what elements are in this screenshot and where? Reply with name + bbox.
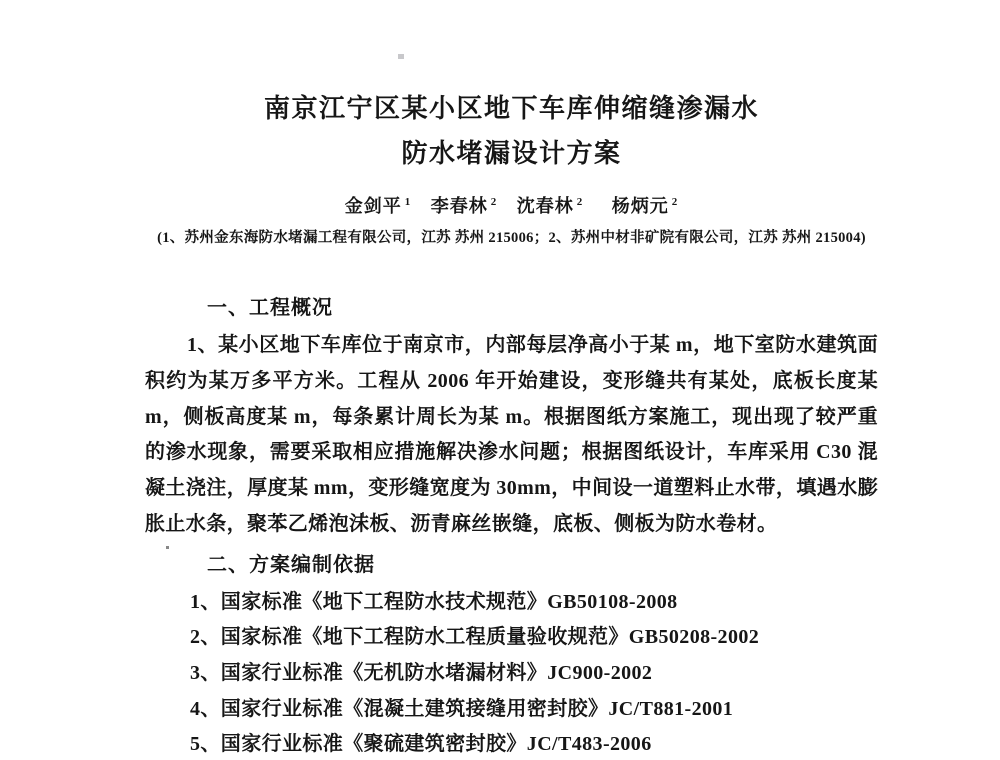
- section-1-paragraph: 1、某小区地下车库位于南京市，内部每层净高小于某 m，地下室防水建筑面积约为某万…: [145, 328, 878, 543]
- reference-item-2: 2、国家标准《地下工程防水工程质量验收规范》GB50208-2002: [190, 620, 878, 656]
- author-superscript: 2: [577, 196, 584, 208]
- author-name: 沈春林: [517, 196, 574, 216]
- document-content: 南京江宁区某小区地下车库伸缩缝渗漏水 防水堵漏设计方案 金剑平1 李春林2 沈春…: [145, 0, 878, 760]
- author-name: 杨炳元: [612, 196, 669, 216]
- reference-item-5: 5、国家行业标准《聚硫建筑密封胶》JC/T483-2006: [190, 727, 878, 760]
- document-title: 南京江宁区某小区地下车库伸缩缝渗漏水 防水堵漏设计方案: [145, 86, 878, 176]
- author-name: 李春林: [431, 196, 488, 216]
- author-2: 李春林2: [431, 196, 498, 216]
- author-4: 杨炳元2: [612, 196, 679, 216]
- author-superscript: 2: [672, 196, 679, 208]
- author-superscript: 1: [405, 196, 412, 208]
- author-1: 金剑平1: [345, 196, 412, 216]
- reference-item-1: 1、国家标准《地下工程防水技术规范》GB50108-2008: [190, 585, 878, 621]
- title-line-2: 防水堵漏设计方案: [145, 131, 878, 176]
- affiliation-line: (1、苏州金东海防水堵漏工程有限公司，江苏 苏州 215006；2、苏州中材非矿…: [145, 226, 878, 247]
- author-3: 沈春林2: [517, 196, 584, 216]
- reference-item-4: 4、国家行业标准《混凝土建筑接缝用密封胶》JC/T881-2001: [190, 692, 878, 728]
- section-2-heading: 二、方案编制依据: [207, 554, 878, 576]
- reference-item-3: 3、国家行业标准《无机防水堵漏材料》JC900-2002: [190, 656, 878, 692]
- section-1-heading: 一、工程概况: [207, 297, 878, 319]
- title-line-1: 南京江宁区某小区地下车库伸缩缝渗漏水: [145, 86, 878, 131]
- author-name: 金剑平: [345, 196, 402, 216]
- author-superscript: 2: [491, 196, 498, 208]
- author-list: 金剑平1 李春林2 沈春林2 杨炳元2: [145, 192, 878, 218]
- document-page: 南京江宁区某小区地下车库伸缩缝渗漏水 防水堵漏设计方案 金剑平1 李春林2 沈春…: [0, 0, 1000, 760]
- reference-list: 1、国家标准《地下工程防水技术规范》GB50108-2008 2、国家标准《地下…: [145, 585, 878, 760]
